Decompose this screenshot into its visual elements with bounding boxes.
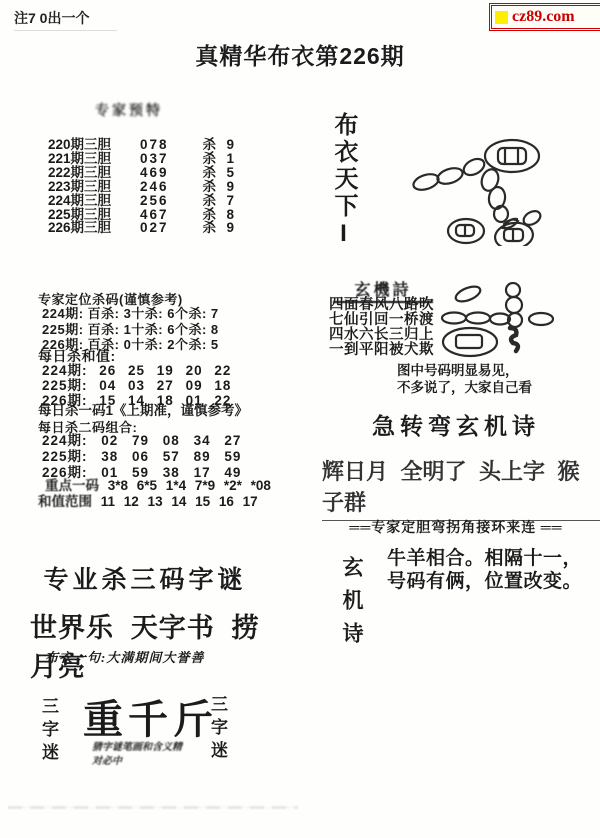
list-item: 224期: 百杀: 3十杀: 6个杀: 7 [42,306,219,322]
scan-artifact-line [8,806,298,809]
table-row: 224期三胆 256 杀 7 [48,194,248,208]
table-row: 221期三胆 037 杀 1 [48,152,248,166]
dan-cell: 467 [140,208,186,222]
kill-label: 杀 [186,221,216,235]
page-title: 真精华布衣第226期 [0,38,600,71]
list-item: 225期: 38 06 57 89 59 [42,449,241,465]
three-char-riddle-left: 三字迷 [36,697,61,766]
blurred-column-header: 专家预特 [95,100,163,120]
mystic-verse: 牛羊相合。相隔十一， 号码有俩，位置改变。 [387,547,582,593]
kill-cell: 7 [216,194,234,208]
riddle-footnote-line1: 猜字谜笔画和含义精 [92,741,182,755]
doodle-caption-line1: 图中号码明显易见， [397,362,532,379]
table-row: 226期三胆 027 杀 9 [48,221,248,235]
kill-cell: 9 [216,138,234,152]
kill-label: 杀 [186,138,216,152]
three-dan-table: 220期三胆 078 杀 9 221期三胆 037 杀 1 222期三胆 469… [48,138,248,235]
mystic-poem-vertical-label: 玄机诗 [336,556,366,655]
yellow-square-icon [495,11,508,24]
doodle-caption: 图中号码明显易见， 不多说了，大家自己看 [397,362,532,396]
poem-line: 一到平阳被犬欺 [329,343,434,358]
doodle-caption-line2: 不多说了，大家自己看 [397,379,532,396]
buyi-sentence: 布衣一句:大满期间大誉善 [45,647,204,666]
issue-cell: 223期三胆 [48,180,140,194]
kill-cell: 9 [216,180,234,194]
mystic-verse-line2: 号码有俩，位置改变。 [387,570,582,593]
kill-cell: 5 [216,166,234,180]
scanned-lottery-sheet: 注7 0出一个 cz89.com 真精华布衣第226期 专家预特 220期三胆 … [0,0,600,838]
dan-cell: 078 [140,138,186,152]
mystic-verse-line1: 牛羊相合。相隔十一， [387,547,582,570]
cz89-logo[interactable]: cz89.com [489,3,600,31]
sharp-turn-riddle: 辉日月 全明了 头上字 猴子群 [322,455,600,521]
poem-line: 七仙引回一桥渡 [329,313,434,328]
issue-cell: 224期三胆 [48,194,140,208]
dan-cell: 246 [140,180,186,194]
table-row: 222期三胆 469 杀 5 [48,166,248,180]
kill-cell: 1 [216,152,234,166]
sum-range-label: 和值范围 [38,494,92,509]
sum-range-line: 和值范围 11 12 13 14 15 16 17 [38,490,258,510]
kill-label: 杀 [186,166,216,180]
logo-text: cz89.com [512,8,575,26]
table-row: 223期三胆 246 杀 9 [48,180,248,194]
riddle-footnote-line2: 对必中 [92,755,182,769]
buyi-tianxia-banner: 布衣天下I [326,112,361,250]
poem-line: 四水六长三归上 [329,328,434,343]
issue-cell: 226期三胆 [48,221,140,235]
riddle-footnote: 猜字谜笔画和含义精 对必中 [92,741,182,769]
kill-label: 杀 [186,152,216,166]
daily-kill-one-header: 每日杀一码1《上期准，谨慎参考》 [38,399,248,419]
dan-cell: 027 [140,221,186,235]
table-row: 220期三胆 078 杀 9 [48,138,248,152]
three-char-riddle-answer: 重千斤 [83,688,218,745]
expert-divider: ══专家定胆弯拐角接环来连 ══ [330,517,582,537]
issue-cell: 221期三胆 [48,152,140,166]
sum-range-value: 11 12 13 14 15 16 17 [101,494,258,509]
riddle-section-title: 专业杀三码字谜 [40,560,250,596]
top-left-note: 注7 0出一个 [14,8,117,31]
issue-cell: 225期三胆 [48,208,140,222]
riddle-words: 世界乐 天字书 捞月亮 [30,606,260,684]
list-item: 224期: 26 25 19 20 22 [42,363,231,378]
kill-cell: 9 [216,221,234,235]
mystic-poem: 四面春风八路吹 七仙引回一桥渡 四水六长三归上 一到平阳被犬欺 [329,298,434,358]
sharp-turn-title: 急转弯玄机诗 [328,408,584,441]
list-item: 225期: 04 03 27 09 18 [42,378,231,393]
table-row: 225期三胆 467 杀 8 [48,208,248,222]
dan-cell: 469 [140,166,186,180]
number-sketch-doodle-icon [438,282,568,360]
list-item: 224期: 02 79 08 34 27 [42,433,241,449]
three-char-riddle-right: 三字迷 [205,695,230,764]
poem-line: 四面春风八路吹 [329,298,434,313]
coin-chain-doodle-icon [408,136,568,246]
dan-cell: 256 [140,194,186,208]
issue-cell: 222期三胆 [48,166,140,180]
kill-label: 杀 [186,180,216,194]
kill-label: 杀 [186,194,216,208]
dan-cell: 037 [140,152,186,166]
kill-cell: 8 [216,208,234,222]
list-item: 225期: 百杀: 1十杀: 6个杀: 8 [42,322,219,338]
issue-cell: 220期三胆 [48,138,140,152]
